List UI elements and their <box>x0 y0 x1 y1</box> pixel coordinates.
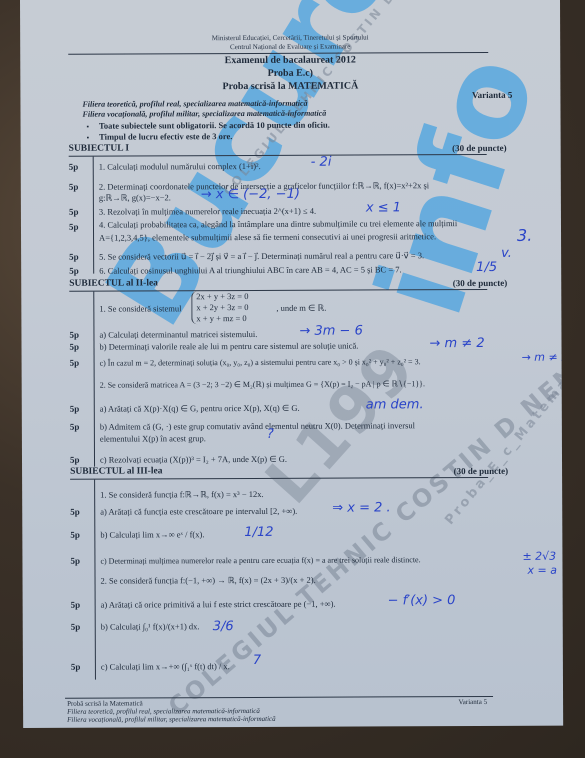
section-divider <box>70 477 488 480</box>
section-points-3: (30 de puncte) <box>454 466 509 476</box>
problem-text: 6. Calculați cosinusul unghiului A al tr… <box>99 264 499 277</box>
handwritten-note: 3. <box>517 226 532 245</box>
problem-text: 1. Se consideră funcția f:ℝ→ℝ, f(x) = x³… <box>100 488 500 501</box>
handwritten-note: ? <box>267 427 274 442</box>
points-label: 5p <box>71 600 81 610</box>
footer-divider <box>65 696 493 699</box>
problem-text: b) Calculați lim x→∞ eˣ / f(x). <box>100 528 500 541</box>
equation-system: 2x + y + 3z = 0 x + 2y + 3z = 0 x + y + … <box>191 291 286 324</box>
points-label: 5p <box>69 252 79 262</box>
points-label: 5p <box>69 162 79 172</box>
points-label: 5p <box>70 358 80 368</box>
points-label: 5p <box>69 330 79 340</box>
handwritten-note: v. <box>501 246 512 261</box>
handwritten-note: am dem. <box>366 397 424 412</box>
points-label: 5p <box>69 342 79 352</box>
equation: x + y + mz = 0 <box>196 313 286 324</box>
handwritten-note: − f′(x) > 0 <box>388 593 456 608</box>
footer-variant: Varianta 5 <box>458 698 487 706</box>
variant-label: Varianta 5 <box>472 90 512 100</box>
points-label: 5p <box>69 222 79 232</box>
problem-text: b) Calculați ∫₀¹ f(x)/(x+1) dx. <box>101 620 501 633</box>
handwritten-note: x = a <box>527 564 557 577</box>
problem-text: , unde m ∈ ℝ. <box>276 302 376 313</box>
problem-text: a) Arătați că X(p)·X(q) ∈ G, pentru oric… <box>100 402 500 415</box>
points-label: 5p <box>70 455 80 465</box>
handwritten-note: ± 2√3 <box>522 550 556 563</box>
filiera-vocationala: Filiera vocațională, profilul militar, s… <box>82 109 326 120</box>
problem-text: 3. Rezolvați în mulțimea numerelor reale… <box>99 205 499 218</box>
points-label: 5p <box>71 622 81 632</box>
rule-item: Timpul de lucru efectiv este de 3 ore. <box>87 131 233 143</box>
handwritten-note: → x ∈ (−2, −1) <box>201 187 300 202</box>
points-label: 5p <box>70 530 80 540</box>
handwritten-note: 3/6 <box>213 619 234 634</box>
points-label: 5p <box>70 404 80 414</box>
points-label: 5p <box>71 662 81 672</box>
points-label: 5p <box>69 207 79 217</box>
handwritten-note: → m ≠ 2d <box>522 351 564 364</box>
problem-text: b) Admitem că (G, ·) este grup comutativ… <box>100 420 530 433</box>
exam-paper: Bucuresti - L199 info COLEGIUL TEHNIC CO… <box>20 0 563 728</box>
footer-line-3: Filiera vocațională, profilul militar, s… <box>67 715 276 724</box>
handwritten-note: 1/12 <box>244 525 273 540</box>
points-column-divider <box>93 157 95 274</box>
problem-text: 2. Se consideră matricea A = (3 −2; 3 −2… <box>100 378 540 391</box>
section-title-3: SUBIECTUL al III-lea <box>70 466 162 476</box>
handwritten-note: - 2i <box>311 155 332 170</box>
points-column-divider <box>93 292 95 467</box>
points-label: 5p <box>69 182 79 192</box>
rule-item: Toate subiectele sunt obligatorii. Se ac… <box>87 120 330 132</box>
problem-text: 2. Se consideră funcția f:(−1, +∞) → ℝ, … <box>101 574 501 587</box>
problem-text: a) Arătați că funcția este crescătoare p… <box>100 505 500 518</box>
handwritten-note: 7 <box>253 653 261 668</box>
section-divider <box>69 154 487 157</box>
points-label: 5p <box>70 507 80 517</box>
equation: 2x + y + 3z = 0 <box>196 291 286 302</box>
problem-text: 5. Se consideră vectorii u⃗ = i⃗ − 2j⃗ ș… <box>99 250 519 263</box>
handwritten-note: → 3m − 6 <box>299 324 362 339</box>
equation: x + 2y + 3z = 0 <box>196 302 286 313</box>
section-points-1: (30 de puncte) <box>452 143 507 153</box>
points-label: 5p <box>70 556 80 566</box>
handwritten-note: 1/5 <box>476 260 497 275</box>
handwritten-note: → m ≠ 2 <box>429 336 484 351</box>
problem-text: c) Determinați mulțimea numerelor reale … <box>100 554 530 567</box>
points-column-divider <box>94 480 96 680</box>
section-title-2: SUBIECTUL al II-lea <box>69 278 158 288</box>
section-title-1: SUBIECTUL I <box>69 144 130 154</box>
problem-text: c) Rezolvați ecuația (X(p))³ = I₂ + 7A, … <box>100 453 500 466</box>
problem-text: c) În cazul m = 2, determinați soluția (… <box>100 356 520 369</box>
problem-text: 4. Calculați probabilitatea ca, alegând … <box>99 218 499 231</box>
points-label: 5p <box>69 266 79 276</box>
section-points-2: (30 de puncte) <box>453 278 508 288</box>
proba-title: Proba E.c) <box>20 67 560 81</box>
exam-title: Examenul de bacalaureat 2012 <box>20 54 560 68</box>
points-label: 5p <box>70 422 80 432</box>
problem-text: 1. Calculați modulul numărului complex (… <box>99 160 499 173</box>
problem-text: A={1,2,3,4,5}, elementele submulțimii al… <box>99 231 499 244</box>
handwritten-note: x ≤ 1 <box>366 200 401 215</box>
problem-text: c) Calculați lim x→+∞ (∫₁ˣ f(t) dt) / x. <box>101 660 501 673</box>
handwritten-note: ⇒ x = 2 . <box>332 500 390 515</box>
problem-text: elementului X(p) în acest grup. <box>100 432 500 445</box>
